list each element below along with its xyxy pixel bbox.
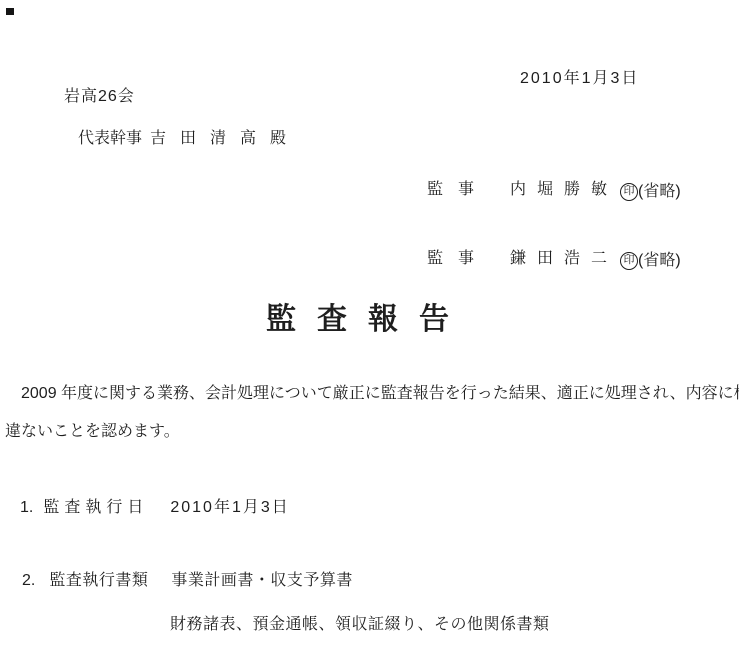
item-label: 監査執行日 (43, 499, 148, 516)
item-value: 事業計画書・収支予算書 (171, 572, 353, 589)
seal-icon: 印 (620, 252, 638, 270)
auditor-name: 鎌田浩二 (510, 250, 618, 267)
recipient-role: 代表幹事 (78, 130, 142, 147)
auditor-role: 監事 (427, 181, 489, 198)
list-item-2: 2.監査執行書類事業計画書・収支予算書 (22, 571, 353, 590)
seal-stamp: 印(省略) (620, 182, 681, 201)
item-number: 2. (22, 572, 35, 589)
auditor-name: 内堀勝敏 (510, 181, 618, 198)
organization-name: 岩高26会 (64, 87, 135, 106)
seal-icon: 印 (620, 183, 638, 201)
item-label: 監査執行書類 (49, 572, 148, 589)
recipient-line: 代表幹事吉田清高殿 (78, 129, 286, 148)
seal-stamp: 印(省略) (620, 251, 681, 270)
auditor-line-1: 監事内堀勝敏印(省略) (427, 180, 681, 201)
list-item-1: 1.監査執行日2010年1月3日 (20, 498, 290, 517)
item-value: 2010年1月3日 (170, 499, 289, 516)
auditor-role: 監事 (427, 250, 489, 267)
scan-artifact-mark (6, 8, 14, 15)
seal-omitted-note: (省略) (638, 182, 681, 201)
issue-date: 2010年1月3日 (520, 69, 639, 88)
auditor-line-2: 監事鎌田浩二印(省略) (427, 249, 681, 270)
recipient-honorific: 殿 (270, 130, 286, 147)
recipient-name: 吉田清高 (150, 130, 270, 147)
item-2-continuation: 財務諸表、預金通帳、領収証綴り、その他関係書類 (170, 615, 550, 634)
body-paragraph-line-1: 2009 年度に関する業務、会計処理について厳正に監査報告を行った結果、適正に処… (21, 384, 739, 403)
document-title: 監査報告 (266, 302, 470, 337)
item-number: 1. (20, 499, 33, 516)
seal-omitted-note: (省略) (638, 251, 681, 270)
audit-report-page: 2010年1月3日 岩高26会 代表幹事吉田清高殿 監事内堀勝敏印(省略) 監事… (0, 0, 739, 652)
body-paragraph-line-2: 違ないことを認めます。 (5, 422, 180, 441)
